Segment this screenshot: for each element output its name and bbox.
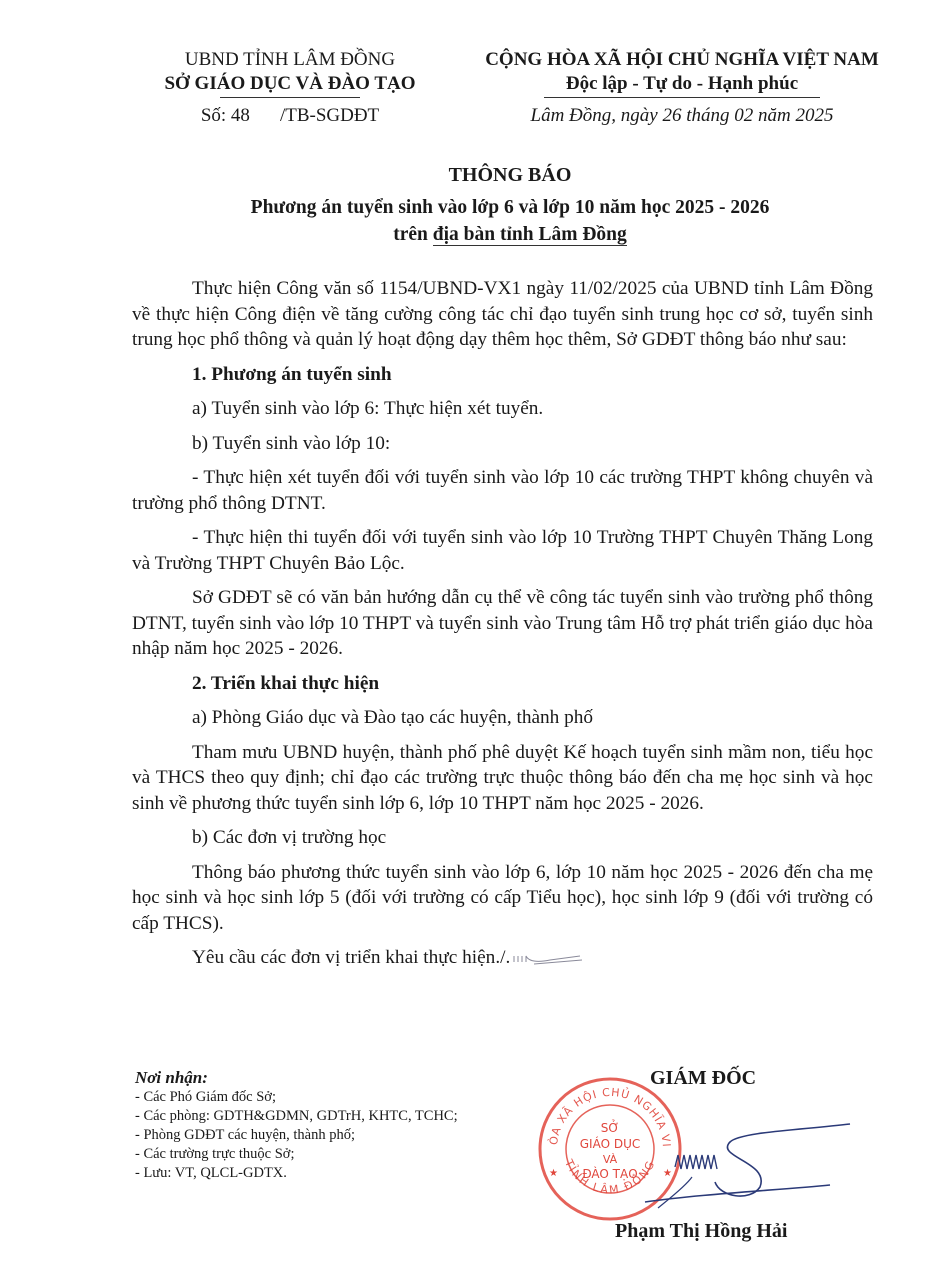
recipients-label: Nơi nhận: xyxy=(135,1068,555,1088)
section-1-item-b: b) Tuyển sinh vào lớp 10: xyxy=(132,431,873,457)
title-block: THÔNG BÁO Phương án tuyển sinh vào lớp 6… xyxy=(130,162,890,248)
section-2-item-b: b) Các đơn vị trường học xyxy=(132,825,873,851)
section-1-note: Sở GDĐT sẽ có văn bản hướng dẫn cụ thể v… xyxy=(132,585,873,662)
section-2-item-a-text: Tham mưu UBND huyện, thành phố phê duyệt… xyxy=(132,740,873,817)
agency-name: UBND TỈNH LÂM ĐỒNG xyxy=(135,48,445,72)
document-page: UBND TỈNH LÂM ĐỒNG SỞ GIÁO DỤC VÀ ĐÀO TẠ… xyxy=(0,0,948,1280)
document-subtitle-line2: trên địa bàn tỉnh Lâm Đồng xyxy=(130,221,890,248)
recipient-item: - Phòng GDĐT các huyện, thành phố; xyxy=(135,1126,555,1145)
recipient-item: - Lưu: VT, QLCL-GDTX. xyxy=(135,1164,555,1183)
section-1-item-a: a) Tuyển sinh vào lớp 6: Thực hiện xét t… xyxy=(132,396,873,422)
dateline: Lâm Đồng, ngày 26 tháng 02 năm 2025 xyxy=(452,104,912,128)
section-2-item-a: a) Phòng Giáo dục và Đào tạo các huyện, … xyxy=(132,705,873,731)
issuing-authority-block: UBND TỈNH LÂM ĐỒNG SỞ GIÁO DỤC VÀ ĐÀO TẠ… xyxy=(135,48,445,128)
closing-text: Yêu cầu các đơn vị triển khai thực hiện.… xyxy=(192,947,510,968)
department-underline xyxy=(220,97,360,98)
document-number-prefix: Số: 48 xyxy=(201,105,250,126)
document-number: Số: 48/TB-SGDĐT xyxy=(135,104,445,128)
document-type: THÔNG BÁO xyxy=(130,162,890,188)
recipient-item: - Các trường trực thuộc Sở; xyxy=(135,1145,555,1164)
subtitle-prefix: trên xyxy=(393,224,433,245)
signer-name: Phạm Thị Hồng Hải xyxy=(615,1220,787,1243)
recipient-item: - Các Phó Giám đốc Sở; xyxy=(135,1088,555,1107)
section-2-item-b-text: Thông báo phương thức tuyển sinh vào lớp… xyxy=(132,860,873,937)
section-1-bullet-1: - Thực hiện xét tuyển đối với tuyển sinh… xyxy=(132,465,873,516)
initials-scribble-icon xyxy=(510,952,590,966)
handwritten-signature-icon xyxy=(620,1102,860,1212)
stamp-line-1: SỞ xyxy=(601,1119,620,1135)
closing-line: Yêu cầu các đơn vị triển khai thực hiện.… xyxy=(132,945,873,971)
document-body: Thực hiện Công văn số 1154/UBND-VX1 ngày… xyxy=(132,276,873,980)
document-number-suffix: /TB-SGDĐT xyxy=(280,105,379,126)
recipient-item: - Các phòng: GDTH&GDMN, GDTrH, KHTC, TCH… xyxy=(135,1107,555,1126)
stamp-line-3: VÀ xyxy=(603,1153,618,1166)
recipients-list: Nơi nhận: - Các Phó Giám đốc Sở; - Các p… xyxy=(135,1068,555,1183)
svg-text:★: ★ xyxy=(549,1168,558,1179)
signature-block: GIÁM ĐỐC CỘNG HÒA XÃ HỘI CHỦ NGHĨA VIỆT … xyxy=(550,1062,880,1262)
subtitle-underlined: địa bàn tỉnh Lâm Đồng xyxy=(433,224,627,246)
section-2-heading: 2. Triển khai thực hiện xyxy=(132,671,873,697)
nation-name: CỘNG HÒA XÃ HỘI CHỦ NGHĨA VIỆT NAM xyxy=(452,48,912,72)
section-1-heading: 1. Phương án tuyển sinh xyxy=(132,362,873,388)
motto-underline xyxy=(544,97,820,98)
department-name: SỞ GIÁO DỤC VÀ ĐÀO TẠO xyxy=(135,72,445,96)
section-1-bullet-2: - Thực hiện thi tuyển đối với tuyển sinh… xyxy=(132,525,873,576)
national-motto: Độc lập - Tự do - Hạnh phúc xyxy=(452,72,912,96)
national-header-block: CỘNG HÒA XÃ HỘI CHỦ NGHĨA VIỆT NAM Độc l… xyxy=(452,48,912,128)
document-subtitle: Phương án tuyển sinh vào lớp 6 và lớp 10… xyxy=(130,194,890,221)
intro-paragraph: Thực hiện Công văn số 1154/UBND-VX1 ngày… xyxy=(132,276,873,353)
